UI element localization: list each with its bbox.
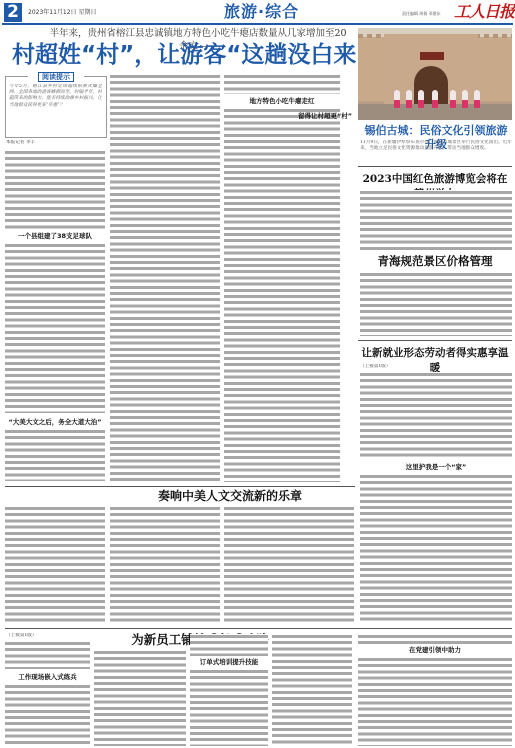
- newspaper-logo: 工人日报: [454, 2, 514, 22]
- bottom-body-col-3b: [190, 669, 268, 746]
- story-body-red-tourism-expo: [360, 190, 512, 252]
- story-headline-qinghai-prices: 青海规范景区价格管理: [358, 254, 512, 269]
- story-headline-sino-us-exchange: 奏响中美人文交流新的乐章: [110, 489, 350, 504]
- lead-body-col-1c: [5, 429, 105, 481]
- lead-body-col-3b: [224, 108, 340, 482]
- photo-dancer: [432, 90, 438, 108]
- middle-subhead-1: “大美大文之后，务全大道大治”: [5, 418, 105, 427]
- bottom-subhead-2: 订单式培训提升技能: [190, 658, 268, 667]
- story-byline-new-employment: （上接第1版）: [360, 364, 420, 372]
- lead-body-col-1a: [5, 150, 105, 230]
- bottom-body-col-1b: [5, 684, 90, 746]
- lead-subhead-3: 留得让村超更“村”: [290, 112, 360, 121]
- lead-body-col-2: [110, 74, 220, 482]
- masthead-rule: [2, 23, 513, 25]
- lead-byline: 本报记者 李丰: [6, 140, 66, 148]
- section-title: 旅游·综合: [224, 2, 299, 22]
- bottom-body-col-5b: [358, 657, 512, 746]
- bottom-subhead-1: 工作现场嵌入式练兵: [5, 673, 90, 682]
- dateline: 2023年11月12日 星期日: [28, 9, 96, 17]
- bottom-body-col-3a: [190, 634, 268, 656]
- middle-body-col-1: [5, 506, 105, 624]
- lead-body-col-3a: [224, 74, 340, 94]
- bottom-subhead-3: 在党建引领中助力: [358, 646, 512, 655]
- bottom-body-col-4: [272, 634, 352, 746]
- editors-credit: 责任编辑 周倩 邓建东: [402, 11, 441, 17]
- photo-dancer: [406, 90, 412, 108]
- photo-caption-text: 11月9日，在新疆伊犁察布查尔县，锡伯古城景区举行民俗文化演出。近年来，当地立足…: [360, 140, 512, 160]
- photo-dancer: [474, 90, 480, 108]
- divider: [5, 628, 512, 629]
- photo-dancer: [450, 90, 456, 108]
- divider: [358, 340, 512, 341]
- lead-subhead-2: 地方特色小吃牛瘪走红: [224, 97, 340, 106]
- photo-dancer: [418, 90, 424, 108]
- story-body-new-employment-b: [360, 474, 512, 624]
- story-subhead-new-employment: 这里护我是一个“家”: [360, 463, 512, 472]
- divider: [358, 166, 512, 167]
- reading-tip-title: 阅读提示: [28, 72, 84, 83]
- bottom-body-col-5a: [358, 634, 512, 644]
- reading-tip-label: 阅读提示: [38, 72, 74, 82]
- story-body-qinghai-prices: [360, 272, 512, 336]
- story-body-new-employment-a: [360, 372, 512, 460]
- lead-headline: 村超姓“村”，让游客“这趟没白来”: [12, 40, 352, 70]
- photo-gate-plaque: [420, 52, 444, 60]
- photo-xibo-ancient-city: [358, 28, 512, 120]
- middle-body-col-2: [110, 506, 220, 624]
- lead-subhead-1: 一个县组建了38支足球队: [5, 232, 105, 241]
- middle-body-col-3: [224, 506, 354, 624]
- photo-dancer: [394, 90, 400, 108]
- page-number: 2: [4, 3, 22, 22]
- story-byline-new-staff: （上接第1版）: [6, 633, 66, 641]
- bottom-body-col-2: [94, 650, 186, 746]
- photo-dancer: [462, 90, 468, 108]
- reading-tip-text: 今年5月，榕江县乡村足球超级联赛火爆全网，全国各地的游客蜂拥而至。时隔半年，村超…: [9, 84, 102, 134]
- bottom-body-col-1a: [5, 641, 90, 669]
- divider: [5, 486, 355, 487]
- lead-body-col-1b: [5, 243, 105, 413]
